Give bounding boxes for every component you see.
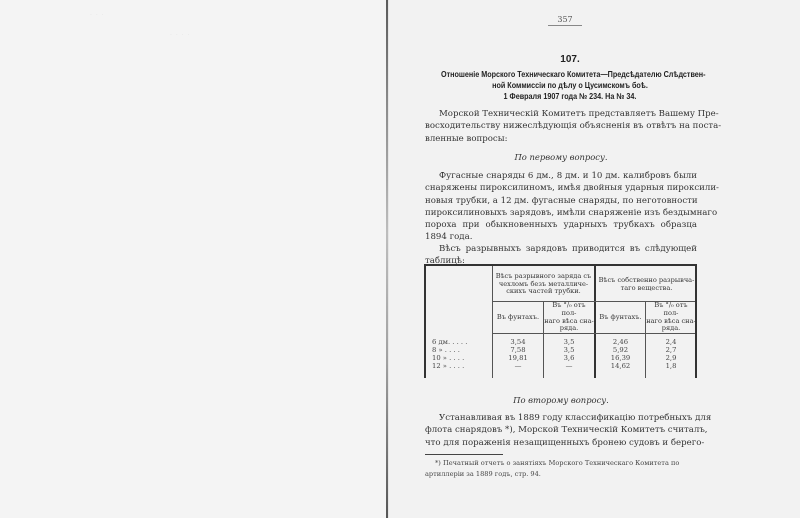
footnote-line: *) Печатный отчетъ о занятіяхъ Морского … (425, 458, 697, 469)
text-line: Устанавливая въ 1889 году классификацію … (425, 412, 697, 424)
cell-charge-pct: — (544, 363, 594, 371)
section-title-first-question: По первому вопросу. (425, 152, 697, 162)
text-line: флота снарядовъ *), Морской Техническій … (425, 424, 697, 436)
bursting-charge-table: Вѣсъ разрывного заряда съ чехломъ безъ м… (424, 264, 697, 378)
document-heading: Отношеніе Морского Техническаго Комитета… (441, 69, 699, 103)
footnote-line: артиллеріи за 1889 годъ, стр. 94. (425, 469, 697, 480)
text-line: Вѣсъ разрывныхъ зарядовъ приводится въ с… (425, 243, 697, 255)
document-number: 107. (420, 54, 720, 65)
bleed-through-mark: · · · · (170, 32, 190, 39)
text-line: Морской Техническій Комитетъ представляе… (425, 108, 697, 120)
bleed-through-mark: · · · (90, 12, 105, 19)
first-answer-paragraph: Фугасные снаряды 6 дм., 8 дм. и 10 дм. к… (425, 170, 697, 244)
text-line: вленные вопросы: (425, 133, 697, 145)
text-line: снаряжены пироксилиномъ, имѣя двойныя уд… (425, 182, 697, 194)
cell-charge-lb: — (493, 363, 543, 371)
text-line: восходительству нижеслѣдующія объясненія… (425, 120, 697, 132)
text-line: Фугасные снаряды 6 дм., 8 дм. и 10 дм. к… (425, 170, 697, 182)
section-title-second-question: По второму вопросу. (425, 395, 697, 405)
cell-explosive-lb: 14,62 (596, 363, 645, 371)
page-number: 357 (548, 15, 582, 26)
cell-explosive-pct: 1,8 (646, 363, 696, 371)
text-line: что для пораженія незащищенныхъ бронею с… (425, 437, 697, 449)
second-answer-paragraph: Устанавливая въ 1889 году классификацію … (425, 412, 697, 449)
text-line: новыя трубки, а 12 дм. фугасные снаряды,… (425, 195, 697, 207)
table-rule (492, 333, 695, 334)
heading-line: Отношеніе Морского Техническаго Комитета… (441, 69, 699, 80)
group-header-explosive-only: Вѣсъ собственно разрывча- таго вещества. (596, 268, 697, 301)
row-label-caliber: 12 » . . . . (432, 363, 464, 371)
text-line: 1894 года. (425, 231, 697, 243)
footnote: *) Печатный отчетъ о занятіяхъ Морского … (425, 458, 697, 479)
text-line: пороха при обыкновенныхъ ударныхъ трубка… (425, 219, 697, 231)
left-page: · · · · · · · (0, 0, 388, 518)
subheader-percent: Въ °/₀ отъ пол- наго вѣса сна- ряда. (646, 302, 696, 333)
subheader-pounds: Въ фунтахъ. (493, 302, 543, 333)
heading-line: 1 Февраля 1907 года № 234. На № 34. (441, 91, 699, 102)
intro-paragraph: Морской Техническій Комитетъ представляе… (425, 108, 697, 145)
subheader-percent: Въ °/₀ отъ пол- наго вѣса сна- ряда. (544, 302, 594, 333)
text-line: пироксилиновыхъ зарядовъ, имѣли снаряжен… (425, 207, 697, 219)
heading-line: ной Коммиссіи по дѣлу о Цусимскомъ боѣ. (441, 80, 699, 91)
footnote-rule (425, 454, 503, 455)
group-header-charge-with-case: Вѣсъ разрывного заряда съ чехломъ безъ м… (493, 268, 594, 301)
subheader-pounds: Въ фунтахъ. (596, 302, 645, 333)
